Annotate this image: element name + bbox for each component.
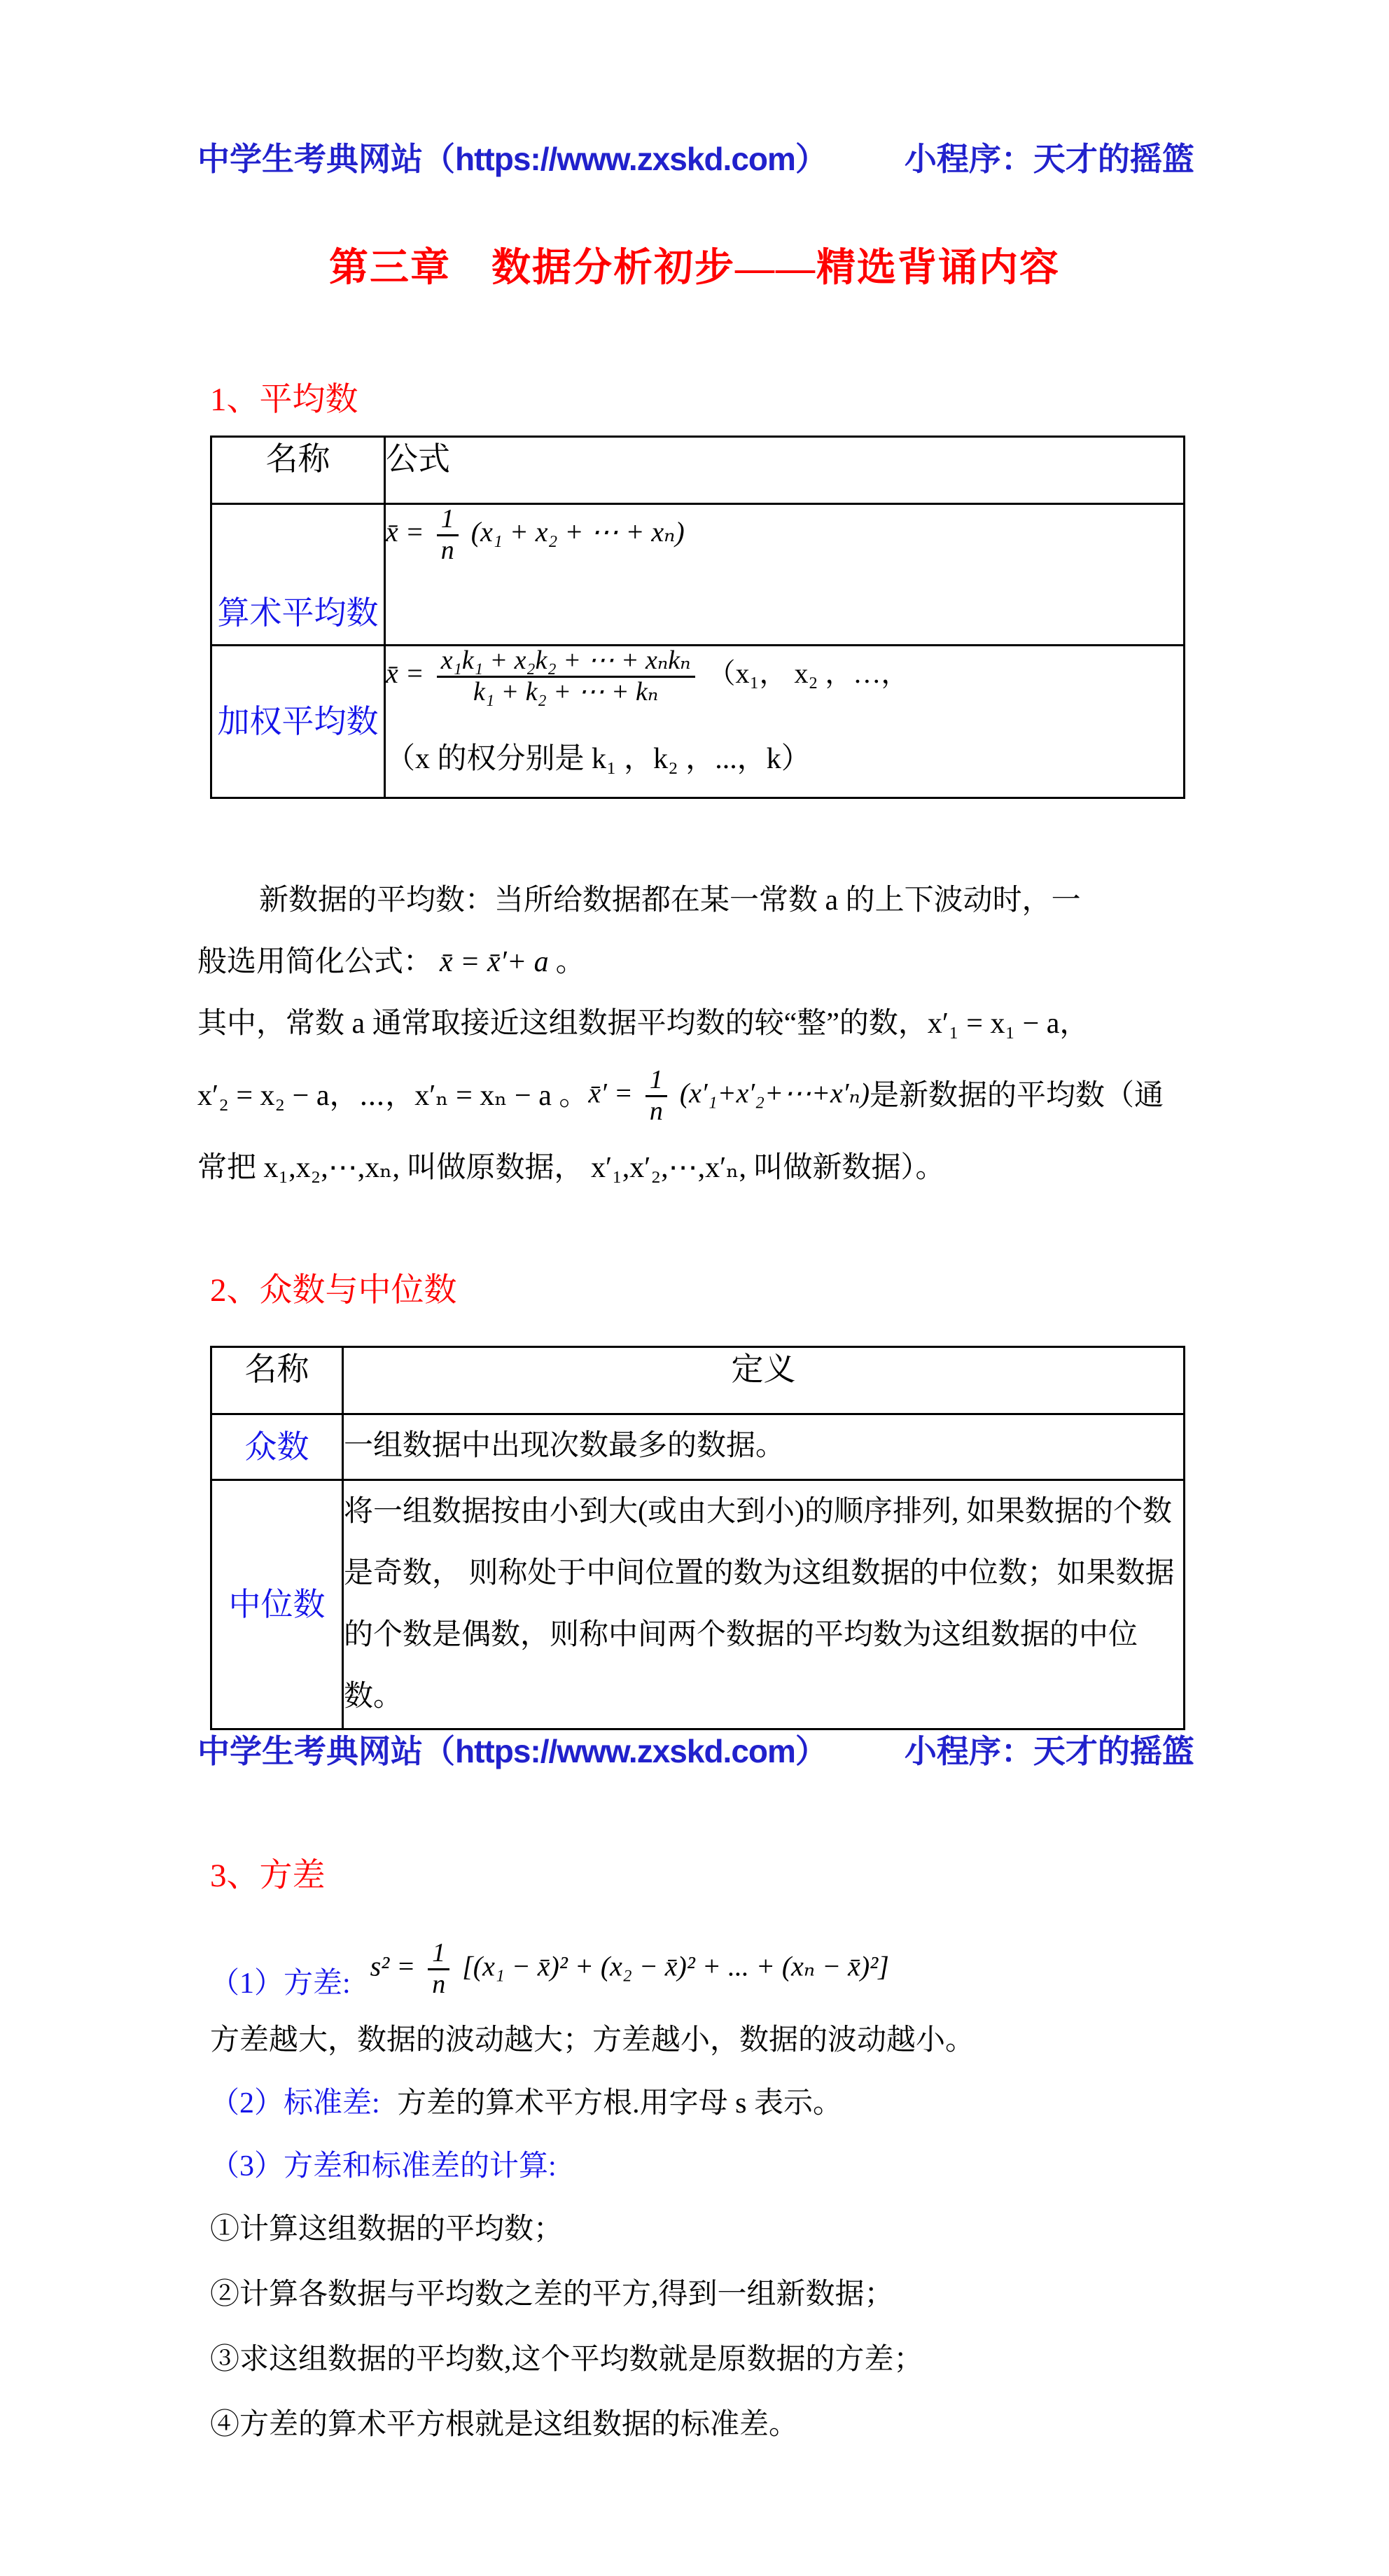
variance-note: 方差越大，数据的波动越大；方差越小，数据的波动越小。 (210, 2021, 975, 2061)
arithmetic-mean-formula: x̄ = 1 n (x₁ + x₂ + ⋯ + xₙ) (386, 516, 685, 548)
median-definition: 将一组数据按由小到大(或由大到小)的顺序排列, 如果数据的个数是奇数， 则称处于… (343, 1480, 1185, 1729)
table-row-mode: 众数 一组数据中出现次数最多的数据。 (211, 1414, 1185, 1480)
header-site-paren: ） (795, 141, 828, 177)
header-site-name: 中学生考典网站（ (197, 141, 455, 177)
header-applet-label: 小程序：天才的摇篮 (905, 141, 1194, 177)
table-row-arithmetic-mean: 算术平均数 x̄ = 1 n (x₁ + x₂ + ⋯ + xₙ) (211, 504, 1185, 646)
stddev-item: （2）标准差: 方差的算术平方根.用字母 s 表示。 (210, 2084, 842, 2124)
chapter-title: 第三章 数据分析初步——精选背诵内容 (0, 242, 1389, 295)
fraction: 1 n (645, 1066, 667, 1127)
table-row-weighted-mean: 加权平均数 x̄ = x₁k₁ + x₂k₂ + ⋯ + xₙkₙ k₁ + k… (211, 646, 1185, 798)
weighted-mean-formula: x̄ = x₁k₁ + x₂k₂ + ⋯ + xₙkₙ k₁ + k₂ + ⋯ … (386, 657, 909, 689)
calc-steps: ①计算这组数据的平均数； ②计算各数据与平均数之差的平方,得到一组新数据； ③求… (210, 2210, 923, 2470)
weights-note: （x 的权分别是 k₁ ，k₂ ，...，k） (386, 739, 1183, 779)
stddev-label: （2）标准差: (210, 2087, 380, 2119)
fraction: 1 n (428, 1939, 449, 2000)
new-data-mean-paragraph: 新数据的平均数：当所给数据都在某一常数 a 的上下波动时，一 般选用简化公式： … (197, 870, 1206, 1199)
section1-heading: 1、平均数 (210, 378, 358, 422)
paragraph-line: x′₂ = x₂ − a，⋯，x′ₙ = xₙ − a 。 x̄′ = 1 n … (197, 1054, 1206, 1137)
footer-site-name: 中学生考典网站（ (197, 1734, 455, 1769)
averages-col1-header: 名称 (211, 437, 385, 504)
fraction: 1 n (437, 505, 459, 566)
variance-formula: s² = 1 n [(x₁ − x̄)² + (x₂ − x̄)² + ... … (370, 1939, 889, 2000)
paragraph-line: 新数据的平均数：当所给数据都在某一常数 a 的上下波动时，一 (197, 870, 1206, 931)
step-2: ②计算各数据与平均数之差的平方,得到一组新数据； (210, 2275, 923, 2340)
paragraph-line: 常把 x₁,x₂,⋯,xₙ, 叫做原数据， x′₁,x′₂,⋯,x′ₙ, 叫做新… (197, 1137, 1206, 1199)
section2-heading: 2、众数与中位数 (210, 1269, 457, 1313)
median-label: 中位数 (229, 1582, 326, 1626)
mode-label: 众数 (245, 1425, 309, 1468)
header-site-line: 中学生考典网站（https://www.zxskd.com）小程序：天才的摇篮 (197, 137, 1248, 181)
footer-site-url[interactable]: https://www.zxskd.com (455, 1733, 795, 1769)
fraction: x₁k₁ + x₂k₂ + ⋯ + xₙkₙ k₁ + k₂ + ⋯ + kₙ (437, 646, 695, 707)
table-row: 名称 定义 (211, 1347, 1185, 1414)
calc-heading: （3）方差和标准差的计算: (210, 2147, 557, 2187)
stddev-text: 方差的算术平方根.用字母 s 表示。 (397, 2087, 842, 2119)
document-page: { "colors": { "header_blue": "#2121cc", … (0, 0, 1389, 2576)
variance-label: （1）方差: (210, 1964, 351, 2004)
modes-col1-header: 名称 (211, 1347, 343, 1414)
variance-item: （1）方差: s² = 1 n [(x₁ − x̄)² + (x₂ − x̄)²… (210, 1902, 889, 2004)
footer-site-line: 中学生考典网站（https://www.zxskd.com）小程序：天才的摇篮 (197, 1729, 1248, 1774)
step-1: ①计算这组数据的平均数； (210, 2210, 923, 2275)
paragraph-line: 其中，常数 a 通常取接近这组数据平均数的较“整”的数，x′₁ = x₁ − a… (197, 993, 1206, 1054)
mode-definition: 一组数据中出现次数最多的数据。 (343, 1414, 1185, 1480)
averages-col2-header: 公式 (385, 437, 1185, 504)
table-row: 名称 公式 (211, 437, 1185, 504)
step-3: ③求这组数据的平均数,这个平均数就是原数据的方差； (210, 2340, 923, 2405)
footer-site-paren: ） (795, 1734, 828, 1769)
table-row-median: 中位数 将一组数据按由小到大(或由大到小)的顺序排列, 如果数据的个数是奇数， … (211, 1480, 1185, 1729)
simplified-formula: x̄ = x̄′+ a (440, 942, 549, 982)
header-site-url[interactable]: https://www.zxskd.com (455, 141, 795, 177)
step-4: ④方差的算术平方根就是这组数据的标准差。 (210, 2405, 923, 2470)
averages-table: 名称 公式 算术平均数 x̄ = 1 n (x₁ + x₂ + ⋯ + xₙ) … (210, 436, 1185, 799)
section3-heading: 3、方差 (210, 1854, 326, 1898)
new-mean-formula: x̄′ = 1 n (x′₁+x′₂+⋯+x′ₙ) (588, 1066, 870, 1127)
mode-median-table: 名称 定义 众数 一组数据中出现次数最多的数据。 中位数 将一组数据按由小到大(… (210, 1346, 1185, 1730)
footer-applet-label: 小程序：天才的摇篮 (905, 1734, 1194, 1769)
paragraph-line: 般选用简化公式： x̄ = x̄′+ a 。 (197, 931, 1206, 993)
weighted-mean-label: 加权平均数 (218, 699, 379, 743)
modes-col2-header: 定义 (343, 1347, 1185, 1414)
arithmetic-mean-label: 算术平均数 (218, 591, 379, 634)
